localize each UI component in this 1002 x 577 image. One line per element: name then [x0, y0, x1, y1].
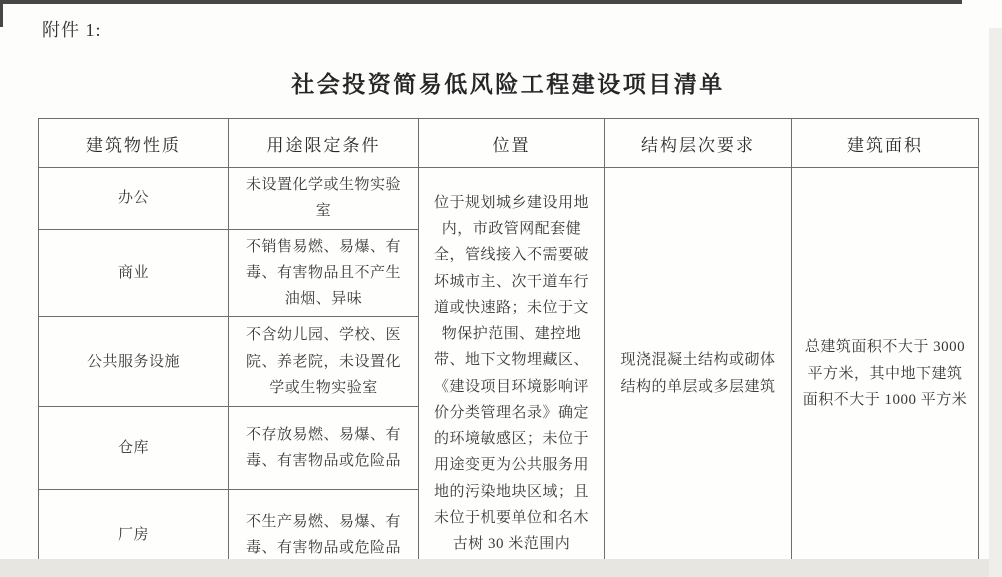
- scan-edge-left-mark: [0, 0, 3, 27]
- scan-edge-bottom: [0, 559, 1002, 577]
- col-header-structure-requirement: 结构层次要求: [605, 119, 792, 168]
- area-merged-cell: 总建筑面积不大于 3000 平方米，其中地下建筑面积不大于 1000 平方米: [792, 168, 979, 577]
- project-criteria-table: 建筑物性质 用途限定条件 位置 结构层次要求 建筑面积 办公 未设置化学或生物实…: [38, 118, 979, 577]
- building-nature-cell: 仓库: [39, 407, 229, 490]
- attachment-label: 附件 1:: [42, 16, 102, 42]
- building-nature-cell: 公共服务设施: [39, 317, 229, 407]
- location-merged-cell: 位于规划城乡建设用地内，市政管网配套健全，管线接入不需要破坏城市主、次干道车行道…: [419, 168, 605, 577]
- use-condition-cell: 未设置化学或生物实验室: [229, 168, 419, 230]
- use-condition-cell: 不含幼儿园、学校、医院、养老院，未设置化学或生物实验室: [229, 317, 419, 407]
- scan-edge-right: [989, 28, 1002, 577]
- document-page: 附件 1: 社会投资简易低风险工程建设项目清单 建筑物性质 用途限定条件 位置 …: [0, 0, 1002, 577]
- building-nature-cell: 商业: [39, 229, 229, 317]
- structure-merged-cell: 现浇混凝土结构或砌体结构的单层或多层建筑: [605, 168, 792, 577]
- scan-edge-top: [0, 0, 962, 4]
- page-title: 社会投资简易低风险工程建设项目清单: [38, 66, 978, 99]
- table-row-office: 办公 未设置化学或生物实验室 位于规划城乡建设用地内，市政管网配套健全，管线接入…: [39, 168, 979, 230]
- building-nature-cell: 办公: [39, 168, 229, 230]
- col-header-location: 位置: [419, 119, 605, 168]
- col-header-building-area: 建筑面积: [792, 119, 979, 168]
- use-condition-cell: 不销售易燃、易爆、有毒、有害物品且不产生油烟、异味: [229, 229, 419, 317]
- col-header-use-conditions: 用途限定条件: [229, 119, 419, 168]
- table-header-row: 建筑物性质 用途限定条件 位置 结构层次要求 建筑面积: [39, 119, 979, 168]
- col-header-building-nature: 建筑物性质: [39, 119, 229, 168]
- use-condition-cell: 不存放易燃、易爆、有毒、有害物品或危险品: [229, 407, 419, 490]
